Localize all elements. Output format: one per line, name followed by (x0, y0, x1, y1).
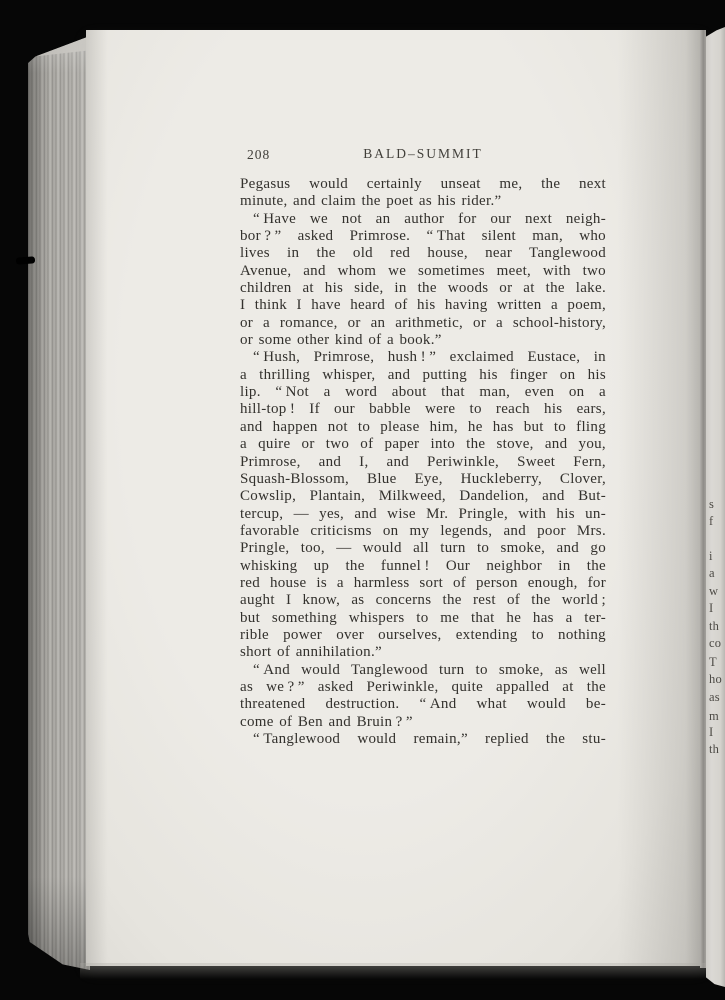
book-page-edges (28, 36, 90, 970)
next-page-text-fragment: s (709, 497, 714, 511)
text-line: Primrose, and I, and Periwinkle, Sweet F… (240, 454, 606, 471)
text-line: or some other kind of a book.” (240, 332, 606, 349)
next-page-text-fragment: co (709, 636, 721, 650)
text-line: bor ? ” asked Primrose. “ That silent ma… (240, 228, 606, 245)
next-page-text-fragment: th (709, 619, 719, 633)
next-page-text-fragment: as (709, 690, 720, 704)
next-page-sliver: sfiawIthcoThoasmIth (706, 27, 725, 987)
next-page-text-fragment: th (709, 742, 719, 756)
text-line: or a romance, or an arithmetic, or a sch… (240, 315, 606, 332)
text-line: threatened destruction. “ And what would… (240, 696, 606, 713)
next-page-text-fragment: f (709, 514, 713, 528)
text-line: “ Tanglewood would remain,” replied the … (240, 731, 606, 748)
page-header: 208 BALD–SUMMIT (240, 146, 606, 163)
text-line: children at his side, in the woods or at… (240, 280, 606, 297)
next-page-text-fragment: I (709, 601, 713, 615)
text-line: and happen not to please him, he has but… (240, 419, 606, 436)
text-line: whisking up the funnel ! Our neighbor in… (240, 558, 606, 575)
text-line: Pringle, too, — would all turn to smoke,… (240, 540, 606, 557)
next-page-text-fragment: T (709, 655, 717, 669)
page-number: 208 (247, 147, 270, 163)
next-page-text-fragment: ho (709, 672, 722, 686)
running-header: BALD–SUMMIT (240, 146, 606, 162)
text-line: favorable criticisms on my legends, and … (240, 523, 606, 540)
text-line: aught I know, as concerns the rest of th… (240, 592, 606, 609)
text-line: “ And would Tanglewood turn to smoke, as… (240, 662, 606, 679)
next-page-text-fragment: m (709, 709, 719, 723)
page-gutter-seam (700, 30, 706, 968)
book-page: 208 BALD–SUMMIT Pegasus would certainly … (86, 30, 704, 966)
text-line: a thrilling whisper, and putting his fin… (240, 367, 606, 384)
text-line: “ Have we not an author for our next nei… (240, 211, 606, 228)
text-line: red house is a harmless sort of person e… (240, 575, 606, 592)
text-line: Cowslip, Plantain, Milkweed, Dandelion, … (240, 488, 606, 505)
text-line: hill-top ! If our babble were to reach h… (240, 401, 606, 418)
next-page-text-fragment: i (709, 549, 713, 563)
text-line: but something whispers to me that he has… (240, 610, 606, 627)
next-page-text-fragment: w (709, 584, 718, 598)
text-line: I think I have heard of his having writt… (240, 297, 606, 314)
text-line: as we ? ” asked Periwinkle, quite appall… (240, 679, 606, 696)
next-page-text-fragment: a (709, 566, 715, 580)
book-scan: 208 BALD–SUMMIT Pegasus would certainly … (0, 0, 725, 1000)
scan-artifact-mark (16, 256, 35, 264)
text-line: Squash-Blossom, Blue Eye, Huckleberry, C… (240, 471, 606, 488)
text-line: minute, and claim the poet as his rider.… (240, 193, 606, 210)
text-line: short of annihilation.” (240, 644, 606, 661)
text-line: Pegasus would certainly unseat me, the n… (240, 176, 606, 193)
text-line: rible power over ourselves, extending to… (240, 627, 606, 644)
text-line: lip. “ Not a word about that man, even o… (240, 384, 606, 401)
text-line: Avenue, and whom we sometimes meet, with… (240, 263, 606, 280)
text-column: 208 BALD–SUMMIT Pegasus would certainly … (240, 146, 606, 748)
text-line: a quire or two of paper into the stove, … (240, 436, 606, 453)
text-line: come of Ben and Bruin ? ” (240, 714, 606, 731)
text-line: lives in the old red house, near Tanglew… (240, 245, 606, 262)
next-page-text-fragment: I (709, 725, 713, 739)
text-line: tercup, — yes, and wise Mr. Pringle, wit… (240, 506, 606, 523)
page-body: Pegasus would certainly unseat me, the n… (240, 176, 606, 748)
text-line: “ Hush, Primrose, hush ! ” exclaimed Eus… (240, 349, 606, 366)
